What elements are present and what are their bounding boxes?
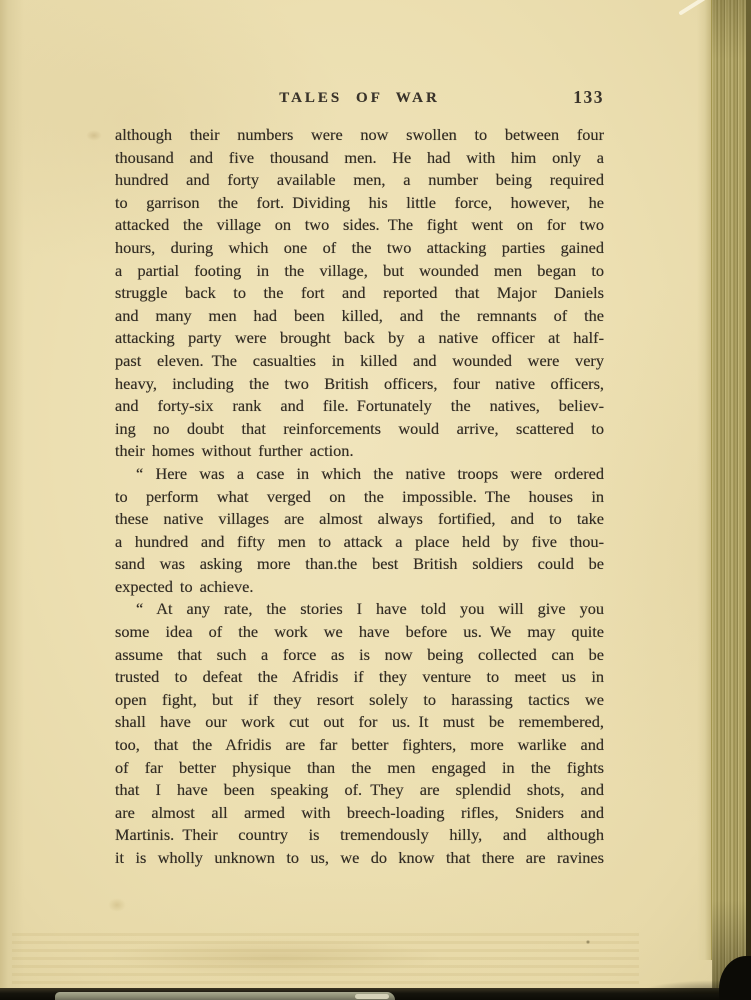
text-line: sand was asking more than.the best Briti… [115, 553, 604, 576]
text-line: ing no doubt that reinforcements would a… [115, 418, 604, 441]
paper-stain [86, 130, 102, 141]
text-line: shall have our work cut out for us. It m… [115, 711, 604, 734]
text-line: heavy, including the two British officer… [115, 373, 604, 396]
paragraph: “ At any rate, the stories I have told y… [115, 598, 604, 869]
text-line: struggle back to the fort and reported t… [115, 282, 604, 305]
page-number: 133 [573, 87, 604, 108]
text-line: some idea of the work we have before us.… [115, 621, 604, 644]
text-line: “ Here was a case in which the native tr… [115, 463, 604, 486]
paragraph: “ Here was a case in which the native tr… [115, 463, 604, 599]
text-line: attacked the village on two sides. The f… [115, 214, 604, 237]
text-line: and many men had been killed, and the re… [115, 305, 604, 328]
bottom-page-strata [12, 933, 639, 987]
text-line: hours, during which one of the two attac… [115, 237, 604, 260]
book-cover-glint [355, 994, 389, 999]
text-line: to garrison the fort. Dividing his littl… [115, 192, 604, 215]
text-line: their homes without further action. [115, 440, 604, 463]
text-line: although their numbers were now swollen … [115, 124, 604, 147]
book-scan: { "page": { "header": { "running_title":… [0, 0, 751, 1000]
text-line: a hundred and fifty men to attack a plac… [115, 531, 604, 554]
text-line: a partial footing in the village, but wo… [115, 260, 604, 283]
text-line: and forty-six rank and file. Fortunately… [115, 395, 604, 418]
text-line: that I have been speaking of. They are s… [115, 779, 604, 802]
text-line: assume that such a force as is now being… [115, 644, 604, 667]
text-line: of far better physique than the men enga… [115, 757, 604, 780]
text-block: although their numbers were now swollen … [115, 124, 604, 870]
text-line: Martinis. Their country is tremendously … [115, 824, 604, 847]
text-line: attacking party were brought back by a n… [115, 327, 604, 350]
text-line: these native villages are almost always … [115, 508, 604, 531]
text-line: to perform what verged on the impossible… [115, 486, 604, 509]
under-page-edge-right [697, 0, 712, 960]
text-line: trusted to defeat the Afridis if they ve… [115, 666, 604, 689]
page-edge-left-shading [0, 0, 24, 1000]
book-edge-right-dark [746, 0, 751, 1000]
book-photo: TALES OF WAR 133 although their numbers … [0, 0, 751, 1000]
text-line: expected to achieve. [115, 576, 604, 599]
book-cover-edge [55, 992, 395, 1000]
text-line: open fight, but if they resort solely to… [115, 689, 604, 712]
text-line: it is wholly unknown to us, we do know t… [115, 847, 604, 870]
text-line: past eleven. The casualties in killed an… [115, 350, 604, 373]
text-line: hundred and forty available men, a numbe… [115, 169, 604, 192]
text-line: too, that the Afridis are far better fig… [115, 734, 604, 757]
text-line: “ At any rate, the stories I have told y… [115, 598, 604, 621]
page-header: TALES OF WAR 133 [115, 90, 604, 110]
text-line: thousand and five thousand men. He had w… [115, 147, 604, 170]
paper-stain [586, 940, 590, 944]
paper-stain [108, 898, 126, 912]
text-line: are almost all armed with breech-loading… [115, 802, 604, 825]
paragraph: although their numbers were now swollen … [115, 124, 604, 463]
running-title: TALES OF WAR [115, 90, 604, 107]
